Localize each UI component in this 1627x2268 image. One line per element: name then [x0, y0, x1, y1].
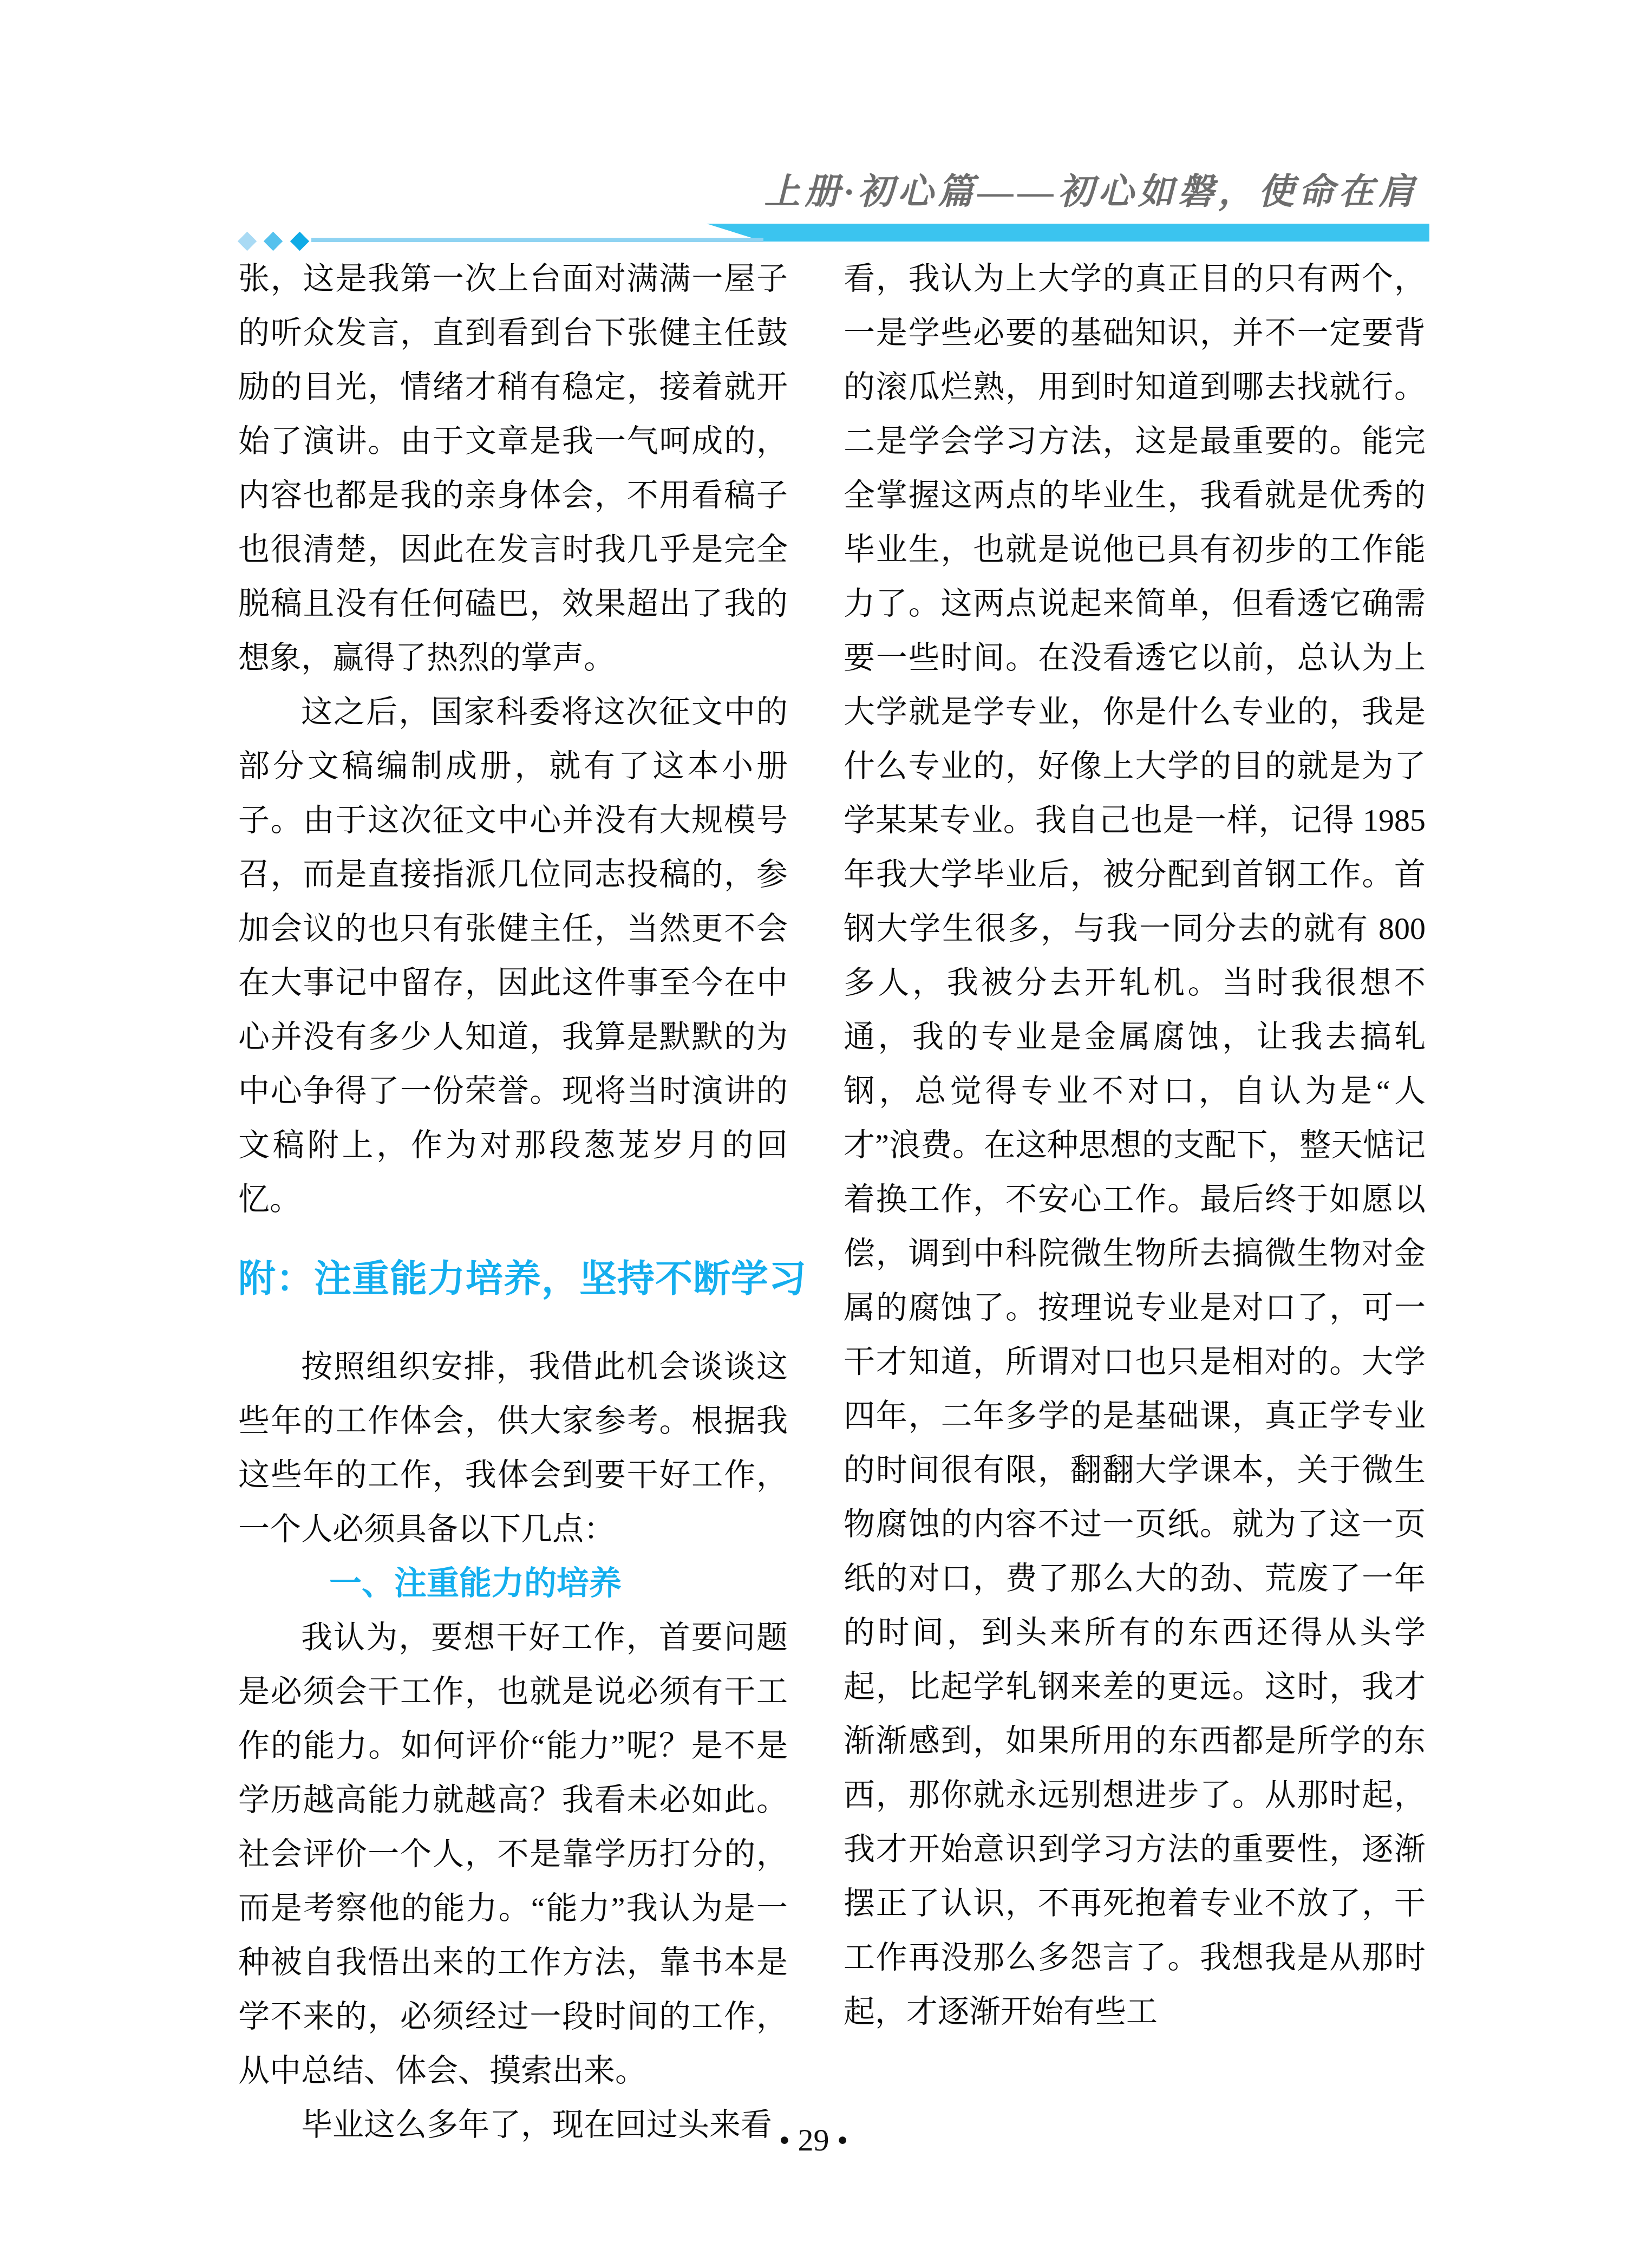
- header-thin-line: [311, 238, 763, 242]
- diamond-icon: [238, 232, 257, 251]
- diamond-icon: [264, 232, 283, 251]
- body-paragraph: 看，我认为上大学的真正目的只有两个，一是学些必要的基础知识，并不一定要背的滚瓜烂…: [844, 252, 1426, 2039]
- body-paragraph: 这之后，国家科委将这次征文中的部分文稿编制成册，就有了这本小册子。由于这次征文中…: [238, 685, 788, 1227]
- book-page: 上册·初心篇——初心如磐，使命在肩 张，这是我第一次上台面对满满一屋子的听众发言…: [0, 0, 1627, 2268]
- running-head-title: 上册·初心篇——初心如磐，使命在肩: [693, 162, 1419, 214]
- body-paragraph: 张，这是我第一次上台面对满满一屋子的听众发言，直到看到台下张健主任鼓励的目光，情…: [238, 252, 788, 685]
- body-paragraph: 按照组织安排，我借此机会谈谈这些年的工作体会，供大家参考。根据我这些年的工作，我…: [238, 1340, 788, 1556]
- text-column-left: 张，这是我第一次上台面对满满一屋子的听众发言，直到看到台下张健主任鼓励的目光，情…: [238, 252, 788, 2152]
- text-column-right: 看，我认为上大学的真正目的只有两个，一是学些必要的基础知识，并不一定要背的滚瓜烂…: [844, 252, 1426, 2039]
- section-heading: 附：注重能力培养，坚持不断学习: [238, 1258, 788, 1301]
- body-paragraph: 我认为，要想干好工作，首要问题是必须会干工作，也就是说必须有干工作的能力。如何评…: [238, 1611, 788, 2098]
- page-number: • 29 •: [0, 2122, 1627, 2158]
- diamond-icon: [290, 232, 309, 251]
- sub-heading: 一、注重能力的培养: [238, 1556, 788, 1611]
- header-cyan-bar: [707, 224, 1429, 242]
